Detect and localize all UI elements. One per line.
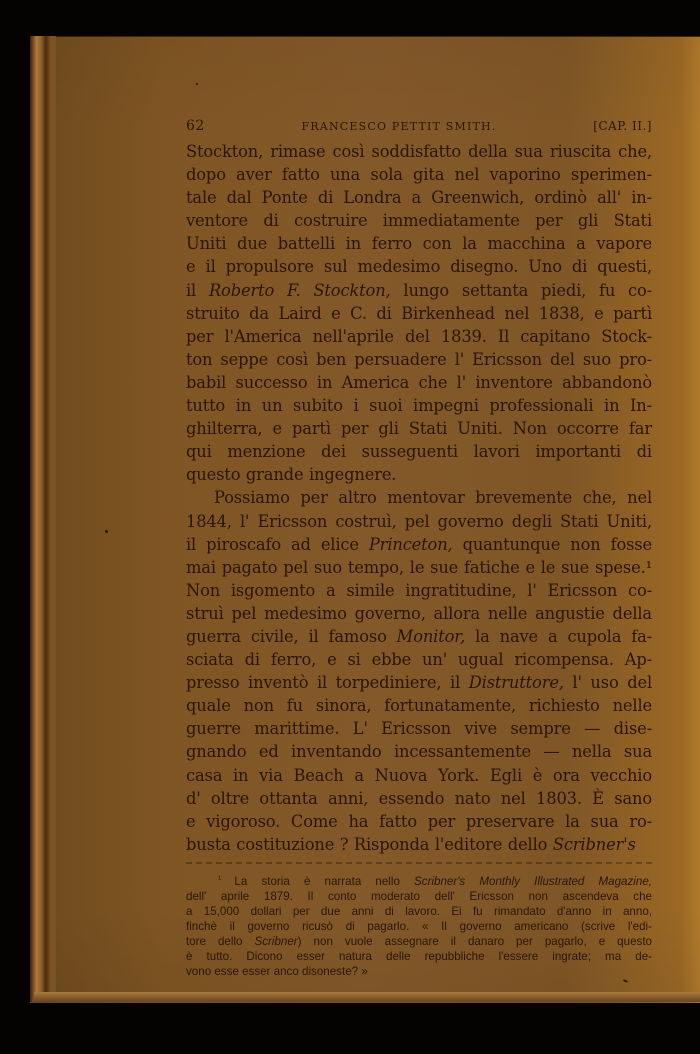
footnote: ¹ La storia è narrata nello Scribner's M… (186, 874, 652, 979)
ink-speck (196, 83, 198, 85)
text-line: Possiamo per altro mentovar brevemente c… (186, 486, 652, 509)
footnote-text: è tutto. Dicono esser natura delle repub… (186, 950, 652, 963)
footnote-line: è tutto. Dicono esser natura delle repub… (186, 949, 652, 964)
text-run: l' uso del (564, 673, 652, 692)
text-line: e vigoroso. Come ha fatto per preservare… (186, 810, 652, 833)
footnote-line: dell' aprile 1879. Il conto moderato del… (186, 889, 652, 904)
text-run: tore dello (186, 935, 255, 948)
text-line: babil successo in America che l' invento… (186, 371, 652, 394)
text-run: il piroscafo ad elice (186, 535, 369, 554)
text-line: tale dal Ponte di Londra a Greenwich, or… (186, 186, 652, 209)
body-text: Stockton, rimase così soddisfatto della … (186, 140, 652, 856)
footnote-text: a 15,000 dollari per due anni di lavoro.… (186, 905, 652, 918)
footnote-text: dell' aprile 1879. Il conto moderato del… (186, 890, 652, 903)
text-line: Uniti due battelli in ferro con la macch… (186, 232, 652, 255)
text-line: struì pel medesimo governo, allora nelle… (186, 602, 652, 625)
book-spine-edge (30, 36, 56, 1002)
text-run: la nave a cupola fa- (465, 627, 652, 646)
running-title: FRANCESCO PETTIT SMITH. (301, 120, 496, 133)
text-line: dopo aver fatto una sola gita nel vapori… (186, 163, 652, 186)
footnote-text: La storia è narrata nello Scribner's Mon… (234, 875, 652, 888)
text-line: gnando ed inventando incessantemente — n… (186, 740, 652, 763)
footnote-line: a 15,000 dollari per due anni di lavoro.… (186, 904, 652, 919)
text-line: e il propulsore sul medesimo disegno. Un… (186, 255, 652, 278)
text-run: ) non vuole assegnare il danaro per paga… (298, 935, 652, 948)
text-line: 1844, l' Ericsson costruì, pel governo d… (186, 510, 652, 533)
text-line: ghilterra, e partì per gli Stati Uniti. … (186, 417, 652, 440)
italic-title: Scribner's Monthly Illustrated Magazine, (414, 875, 652, 888)
footnote-line: ¹ La storia è narrata nello Scribner's M… (186, 874, 652, 889)
text-line: tutto in un subito i suoi impegni profes… (186, 394, 652, 417)
chapter-label: [CAP. II.] (593, 119, 652, 133)
text-line: ton seppe così ben persuadere l' Ericsso… (186, 348, 652, 371)
text-line: presso inventò il torpediniere, il Distr… (186, 671, 652, 694)
footnote-text: vono esse esser anco disoneste? » (186, 965, 368, 978)
text-run: presso inventò il torpediniere, il (186, 673, 469, 692)
text-line: per l'America nell'aprile del 1839. Il c… (186, 325, 652, 348)
italic-title: Monitor, (397, 627, 465, 646)
text-run: il (186, 281, 209, 300)
text-line: ventore di costruire immediatamente per … (186, 209, 652, 232)
text-line: mai pagato pel suo tempo, le sue fatiche… (186, 556, 652, 579)
text-line: guerra civile, il famoso Monitor, la nav… (186, 625, 652, 648)
italic-title: Distruttore, (469, 673, 564, 692)
footnote-line: tore dello Scribner) non vuole assegnare… (186, 934, 652, 949)
text-run: busta costituzione ? Risponda l'editore … (186, 835, 553, 854)
text-run: La storia è narrata nello (234, 875, 414, 888)
footnote-separator (186, 862, 652, 866)
text-line: struito da Laird e C. di Birkenhead nel … (186, 302, 652, 325)
page-number: 62 (186, 118, 205, 134)
text-run: quantunque non fosse (453, 535, 652, 554)
footnote-line: vono esse esser anco disoneste? » (186, 964, 652, 979)
text-run: lungo settanta piedi, fu co- (391, 281, 652, 300)
text-line: Non isgomento a simile ingratitudine, l'… (186, 579, 652, 602)
italic-title: Princeton, (369, 535, 453, 554)
text-line: qui menzione dei susseguenti lavori impo… (186, 440, 652, 463)
text-line: d' oltre ottanta anni, essendo nato nel … (186, 787, 652, 810)
text-line: quale non fu sinora, fortunatamente, ric… (186, 694, 652, 717)
text-line: Stockton, rimase così soddisfatto della … (186, 140, 652, 163)
footnote-marker: ¹ (218, 874, 234, 884)
italic-title: Scribner's (553, 835, 636, 854)
text-line: casa in via Beach a Nuova York. Egli è o… (186, 764, 652, 787)
footnote-text: tore dello Scribner) non vuole assegnare… (186, 935, 652, 948)
text-line: guerre marittime. L' Ericsson vive sempr… (186, 717, 652, 740)
italic-title: Scribner (255, 935, 298, 948)
footnote-text: finchè il governo ricusò di pagarlo. « I… (186, 920, 652, 933)
text-line: busta costituzione ? Risponda l'editore … (186, 833, 652, 856)
text-line: sciata di ferro, e si ebbe un' ugual ric… (186, 648, 652, 671)
ink-speck (105, 530, 108, 533)
text-run: guerra civile, il famoso (186, 627, 397, 646)
text-line: il piroscafo ad elice Princeton, quantun… (186, 533, 652, 556)
running-head: 62 FRANCESCO PETTIT SMITH. [CAP. II.] (186, 118, 652, 140)
footnote-line: finchè il governo ricusò di pagarlo. « I… (186, 919, 652, 934)
text-column: 62 FRANCESCO PETTIT SMITH. [CAP. II.] St… (186, 118, 652, 979)
italic-title: Roberto F. Stockton, (209, 281, 391, 300)
page-bottom-edge (34, 992, 700, 1002)
text-line: questo grande ingegnere. (186, 463, 652, 486)
text-line: il Roberto F. Stockton, lungo settanta p… (186, 279, 652, 302)
